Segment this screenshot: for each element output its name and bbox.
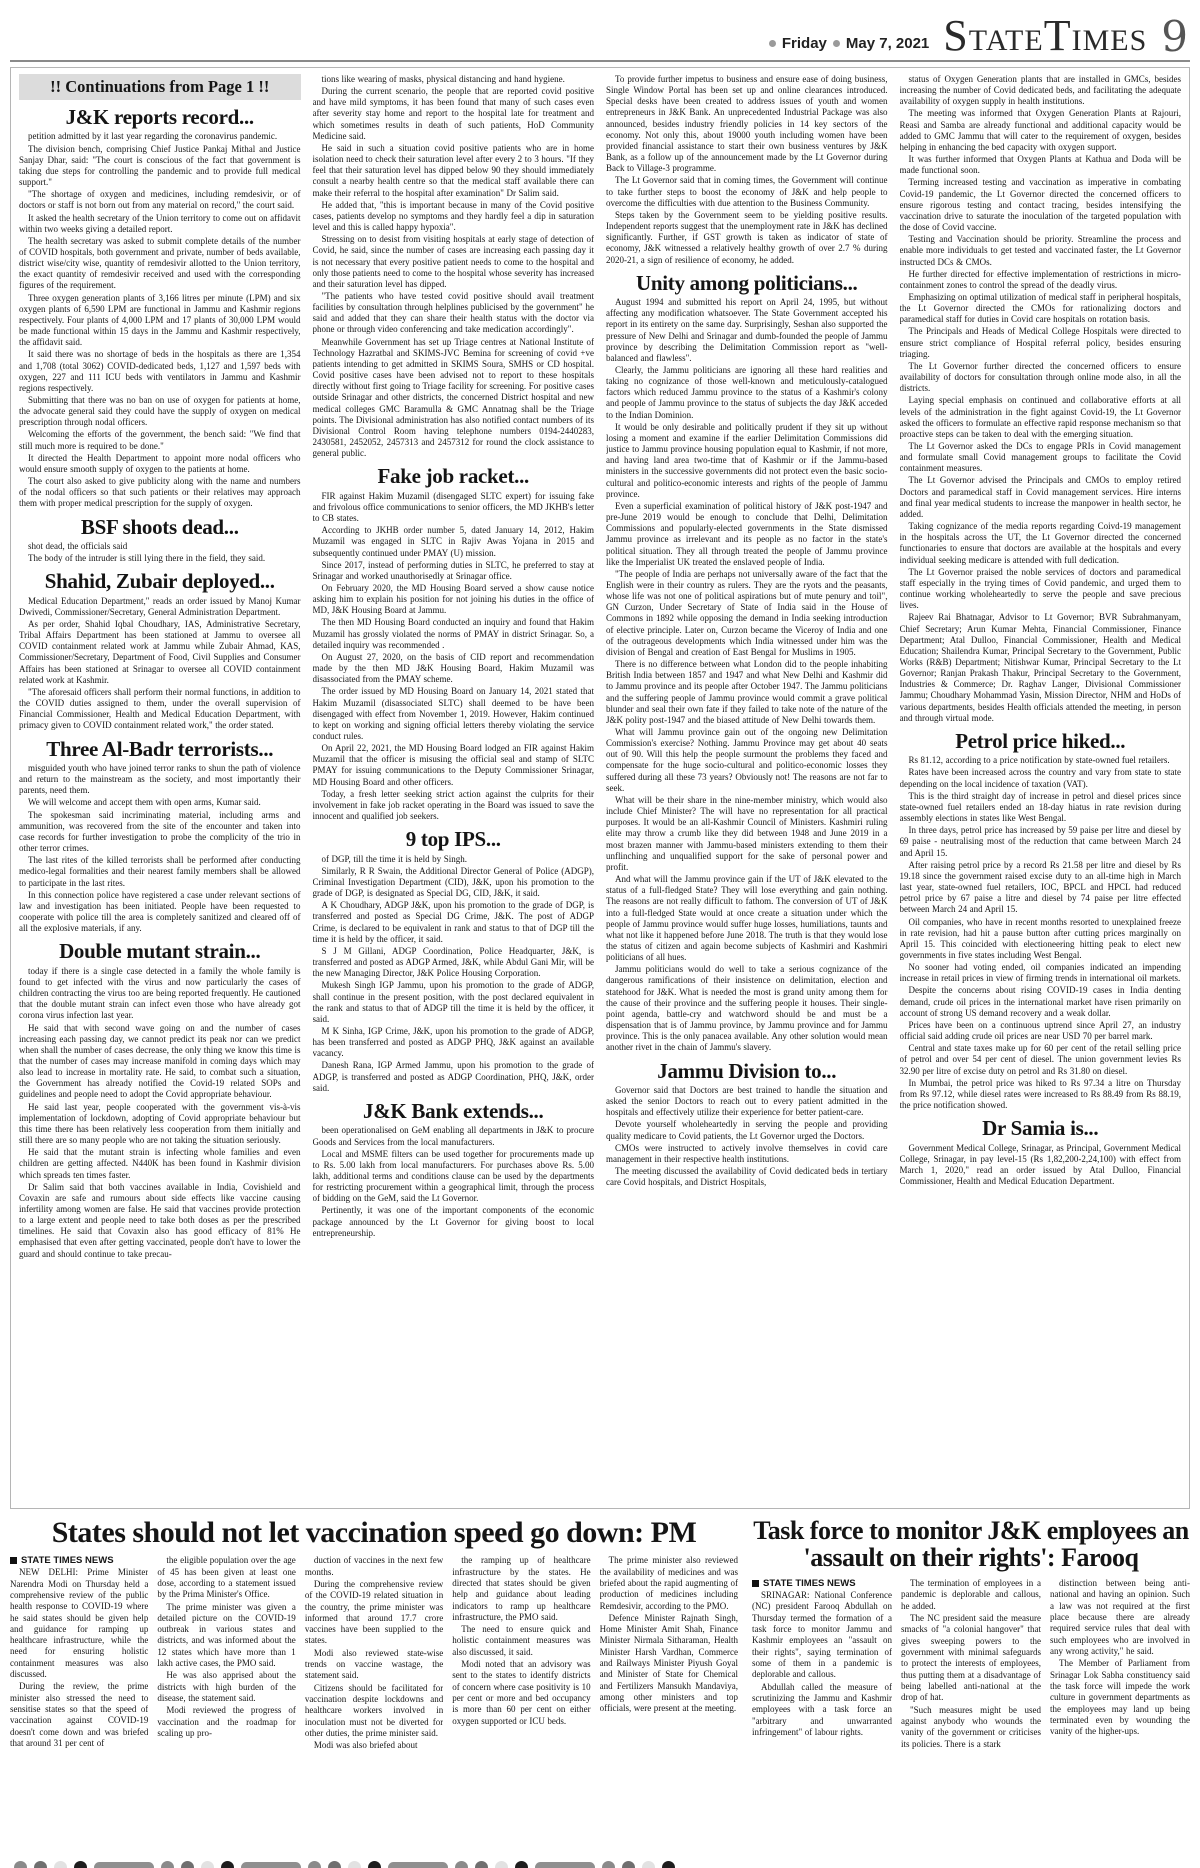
article-paragraph: Modi reviewed the progress of vaccinatio… <box>157 1705 295 1739</box>
news-column: To provide further impetus to business a… <box>606 74 888 1502</box>
footer-dot-icon <box>602 1861 615 1868</box>
article-headline: Jammu Division to... <box>606 1061 888 1082</box>
news-column: status of Oxygen Generation plants that … <box>900 74 1182 1502</box>
footer-decoration <box>10 1859 1190 1868</box>
footer-dot-icon <box>495 1861 508 1868</box>
article-paragraph: He added that, "this is important becaus… <box>313 200 595 233</box>
byline-text: STATE TIMES NEWS <box>21 1555 114 1566</box>
article-paragraph: Steps taken by the Government seem to be… <box>606 210 888 266</box>
article-paragraph: In this connection police have registere… <box>19 890 301 935</box>
article-paragraph: distinction between being anti-national … <box>1050 1578 1190 1657</box>
article-paragraph: Rajeev Rai Bhatnagar, Advisor to Lt Gove… <box>900 612 1182 724</box>
article-headline: BSF shoots dead... <box>19 517 301 538</box>
article-paragraph: CMOs were instructed to actively involve… <box>606 1143 888 1165</box>
article-paragraph: Today, a fresh letter seeking strict act… <box>313 789 595 822</box>
article-paragraph: We will welcome and accept them with ope… <box>19 797 301 808</box>
article-paragraph: SRINAGAR: National Conference (NC) presi… <box>752 1590 892 1681</box>
article-paragraph: Central and state taxes make up for 60 p… <box>900 1043 1182 1076</box>
article-paragraph: In Mumbai, the petrol price was hiked to… <box>900 1078 1182 1111</box>
article-paragraph: Modi was also briefed about <box>305 1740 443 1751</box>
article-paragraph: On February 2020, the MD Housing Board s… <box>313 583 595 616</box>
news-column: The prime minister also reviewed the ava… <box>600 1555 738 1753</box>
article-paragraph: It directed the Health Department to app… <box>19 453 301 475</box>
article-paragraph: been operationalised on GeM enabling all… <box>313 1125 595 1147</box>
article-paragraph: August 1994 and submitted his report on … <box>606 297 888 364</box>
article-paragraph: Taking cognizance of the media reports r… <box>900 521 1182 566</box>
footer-dot-icon <box>34 1861 47 1868</box>
article-paragraph: The spokesman said incriminating materia… <box>19 810 301 855</box>
article-paragraph: He said last year, people cooperated wit… <box>19 1102 301 1147</box>
article-paragraph: After raising petrol price by a record R… <box>900 860 1182 916</box>
article-headline: 9 top IPS... <box>313 829 595 850</box>
article-headline: Shahid, Zubair deployed... <box>19 571 301 592</box>
footer-dot-icon <box>515 1861 528 1868</box>
page-number: 9 <box>1161 16 1188 58</box>
article-headline: Task force to monitor J&K employees an '… <box>752 1517 1190 1571</box>
byline-text: STATE TIMES NEWS <box>763 1578 856 1589</box>
article-paragraph: The division bench, comprising Chief Jus… <box>19 144 301 189</box>
article-paragraph: Meanwhile Government has set up Triage c… <box>313 337 595 460</box>
article-paragraph: Submitting that there was no ban on use … <box>19 395 301 428</box>
masthead-title: STATETIMES <box>943 14 1147 58</box>
footer-dot-icon <box>662 1861 675 1868</box>
bullet-icon <box>769 40 776 47</box>
article-paragraph: He said that with second wave going on a… <box>19 1023 301 1101</box>
article-paragraph: The Lt Governor praised the noble servic… <box>900 567 1182 612</box>
article-paragraph: Three oxygen generation plants of 3,166 … <box>19 293 301 349</box>
article-paragraph: Emphasizing on optimal utilization of me… <box>900 292 1182 325</box>
article-paragraph: On August 27, 2020, on the basis of CID … <box>313 652 595 685</box>
bullet-icon <box>833 40 840 47</box>
byline: STATE TIMES NEWS <box>752 1578 892 1589</box>
article-paragraph: During the review, the prime minister al… <box>10 1681 148 1749</box>
article-headline: Fake job racket... <box>313 466 595 487</box>
article-paragraph: The order issued by MD Housing Board on … <box>313 686 595 742</box>
article-paragraph: As per order, Shahid Iqbal Choudhary, IA… <box>19 619 301 686</box>
article-paragraph: NEW DELHI: Prime Minister Narendra Modi … <box>10 1567 148 1680</box>
article-paragraph: the eligible population over the age of … <box>157 1555 295 1600</box>
article-headline: J&K Bank extends... <box>313 1101 595 1122</box>
footer-dot-icon <box>368 1861 381 1868</box>
article-paragraph: Similarly, R R Swain, the Additional Dir… <box>313 866 595 899</box>
footer-dot-icon <box>455 1861 468 1868</box>
article-paragraph: During the comprehensive review of the C… <box>305 1579 443 1647</box>
article-headline: J&K reports record... <box>19 107 301 128</box>
byline: STATE TIMES NEWS <box>10 1555 148 1566</box>
article-paragraph: duction of vaccines in the next few mont… <box>305 1555 443 1578</box>
article-paragraph: Dr Salim said that both vaccines availab… <box>19 1182 301 1260</box>
article-paragraph: What will Jammu province gain out of the… <box>606 727 888 794</box>
article-paragraph: He further directed for effective implem… <box>900 269 1182 291</box>
footer-dot-icon <box>161 1861 174 1868</box>
article-paragraph: The Member of Parliament from Srinagar L… <box>1050 1658 1190 1737</box>
article-paragraph: S J M Gillani, ADGP Coordination, Police… <box>313 946 595 979</box>
article-paragraph: Despite the concerns about rising COVID-… <box>900 985 1182 1018</box>
article-headline: Petrol price hiked... <box>900 731 1182 752</box>
footer-dot-icon <box>622 1861 635 1868</box>
article-paragraph: The prime minister also reviewed the ava… <box>600 1555 738 1612</box>
article-paragraph: In three days, petrol price has increase… <box>900 825 1182 858</box>
article-paragraph: The NC president said the measure smacks… <box>901 1613 1041 1704</box>
article-paragraph: The Lt Governor asked the DCs to engage … <box>900 441 1182 474</box>
article-paragraph: The meeting discussed the availability o… <box>606 1166 888 1188</box>
article-paragraph: Devote yourself wholeheartedly in servin… <box>606 1119 888 1141</box>
article-headline: Unity among politicians... <box>606 273 888 294</box>
article-paragraph: "Such measures might be used against any… <box>901 1705 1041 1750</box>
article-paragraph: Laying special emphasis on continued and… <box>900 395 1182 440</box>
article-body: STATE TIMES NEWSSRINAGAR: National Confe… <box>752 1578 1190 1751</box>
article-paragraph: A K Choudhary, ADGP J&K, upon his promot… <box>313 900 595 945</box>
footer-dot-icon <box>328 1861 341 1868</box>
news-column: duction of vaccines in the next few mont… <box>305 1555 443 1753</box>
article-paragraph: Even a superficial examination of politi… <box>606 501 888 568</box>
article-paragraph: Modi noted that an advisory was sent to … <box>452 1659 590 1727</box>
article-paragraph: The then MD Housing Board conducted an i… <box>313 617 595 650</box>
article-paragraph: During the current scenario, the people … <box>313 86 595 142</box>
newspaper-page: Friday May 7, 2021 STATETIMES 9 !! Conti… <box>0 0 1200 1868</box>
article-headline: Dr Samia is... <box>900 1118 1182 1139</box>
news-column: tions like wearing of masks, physical di… <box>313 74 595 1502</box>
news-column: STATE TIMES NEWSSRINAGAR: National Confe… <box>752 1578 892 1751</box>
footer-bar <box>241 1862 301 1868</box>
article-paragraph: Modi also reviewed state-wise trends on … <box>305 1648 443 1682</box>
article-paragraph: The prime minister was given a detailed … <box>157 1602 295 1670</box>
article-paragraph: To provide further impetus to business a… <box>606 74 888 174</box>
article-paragraph: The Lt Governor further directed the con… <box>900 361 1182 394</box>
byline-square-icon <box>10 1557 17 1564</box>
article-paragraph: This is the third straight day of increa… <box>900 791 1182 824</box>
article-paragraph: the ramping up of healthcare infrastruct… <box>452 1555 590 1623</box>
article-paragraph: "The patients who have tested covid posi… <box>313 291 595 336</box>
article-paragraph: Rs 81.12, according to a price notificat… <box>900 755 1182 766</box>
article-paragraph: Citizens should be facilitated for vacci… <box>305 1683 443 1740</box>
article-paragraph: Defence Minister Rajnath Singh, Home Min… <box>600 1613 738 1715</box>
article-paragraph: of DGP, till the time it is held by Sing… <box>313 854 595 865</box>
article-paragraph: On April 22, 2021, the MD Housing Board … <box>313 743 595 788</box>
footer-dot-icon <box>54 1861 67 1868</box>
date-text: May 7, 2021 <box>846 35 929 52</box>
article-paragraph: It would be only desirable and political… <box>606 422 888 500</box>
article-paragraph: Oil companies, who have in recent months… <box>900 917 1182 962</box>
article-paragraph: Jammu politicians would do well to take … <box>606 964 888 1053</box>
article-paragraph: He said that the mutant strain is infect… <box>19 1147 301 1180</box>
article-paragraph: Testing and Vaccination should be priori… <box>900 234 1182 267</box>
continuations-banner: !! Continuations from Page 1 !! <box>19 74 301 100</box>
article-paragraph: What will be their share in the nine-mem… <box>606 795 888 873</box>
article-paragraph: The termination of employees in a pandem… <box>901 1578 1041 1612</box>
continuations-section: !! Continuations from Page 1 !!J&K repor… <box>10 67 1190 1509</box>
article-paragraph: Clearly, the Jammu politicians are ignor… <box>606 365 888 421</box>
date-day: Friday <box>782 35 827 52</box>
article-farooq-taskforce: Task force to monitor J&K employees an '… <box>752 1517 1190 1849</box>
article-paragraph: Welcoming the efforts of the government,… <box>19 429 301 451</box>
news-column: the ramping up of healthcare infrastruct… <box>452 1555 590 1753</box>
article-paragraph: The need to ensure quick and holistic co… <box>452 1624 590 1658</box>
article-paragraph: status of Oxygen Generation plants that … <box>900 74 1182 107</box>
article-paragraph: It asked the health secretary of the Uni… <box>19 213 301 235</box>
footer-dot-icon <box>308 1861 321 1868</box>
article-paragraph: shot dead, the officials said <box>19 541 301 552</box>
article-paragraph: petition admitted by it last year regard… <box>19 131 301 142</box>
article-headline: States should not let vaccination speed … <box>10 1517 738 1548</box>
article-paragraph: The last rites of the killed terrorists … <box>19 855 301 888</box>
article-paragraph: No sooner had voting ended, oil companie… <box>900 962 1182 984</box>
page-header: Friday May 7, 2021 STATETIMES 9 <box>10 0 1190 62</box>
article-paragraph: And what will the Jammu province gain if… <box>606 874 888 963</box>
article-paragraph: The Principals and Heads of Medical Coll… <box>900 326 1182 359</box>
article-paragraph: Medical Education Department," reads an … <box>19 596 301 618</box>
article-paragraph: today if there is a single case detected… <box>19 966 301 1022</box>
article-paragraph: Pertinently, it was one of the important… <box>313 1205 595 1238</box>
news-column: The termination of employees in a pandem… <box>901 1578 1041 1751</box>
article-paragraph: The Lt Governor advised the Principals a… <box>900 475 1182 520</box>
news-column: the eligible population over the age of … <box>157 1555 295 1753</box>
footer-bar <box>388 1862 448 1868</box>
article-paragraph: Abdullah called the measure of scrutiniz… <box>752 1682 892 1739</box>
article-paragraph: "The shortage of oxygen and medicines, i… <box>19 189 301 211</box>
article-paragraph: M K Sinha, IGP Crime, J&K, upon his prom… <box>313 1026 595 1059</box>
article-paragraph: "The people of India are perhaps not uni… <box>606 569 888 658</box>
article-paragraph: He said in such a situation covid positi… <box>313 143 595 199</box>
article-paragraph: The meeting was informed that Oxygen Gen… <box>900 108 1182 153</box>
article-paragraph: The health secretary was asked to submit… <box>19 236 301 292</box>
byline-square-icon <box>752 1580 759 1587</box>
article-paragraph: Governor said that Doctors are best trai… <box>606 1085 888 1118</box>
footer-dot-icon <box>221 1861 234 1868</box>
article-paragraph: He was also apprised about the districts… <box>157 1670 295 1704</box>
article-paragraph: Stressing on to desist from visiting hos… <box>313 234 595 290</box>
article-paragraph: It was further informed that Oxygen Plan… <box>900 154 1182 176</box>
news-column: !! Continuations from Page 1 !!J&K repor… <box>19 74 301 1502</box>
article-paragraph: misguided youth who have joined terror r… <box>19 763 301 796</box>
article-paragraph: There is no difference between what Lond… <box>606 659 888 726</box>
article-paragraph: It said there was no shortage of beds in… <box>19 349 301 394</box>
footer-dot-icon <box>181 1861 194 1868</box>
article-paragraph: Since 2017, instead of performing duties… <box>313 560 595 582</box>
article-pm-vaccination: States should not let vaccination speed … <box>10 1517 738 1849</box>
article-paragraph: Local and MSME filters can be used toget… <box>313 1149 595 1205</box>
footer-dot-icon <box>348 1861 361 1868</box>
footer-dot-icon <box>74 1861 87 1868</box>
article-paragraph: tions like wearing of masks, physical di… <box>313 74 595 85</box>
article-paragraph: Prices have been on a continuous uptrend… <box>900 1020 1182 1042</box>
footer-bar <box>94 1862 154 1868</box>
footer-dot-icon <box>642 1861 655 1868</box>
article-body: STATE TIMES NEWSNEW DELHI: Prime Ministe… <box>10 1555 738 1753</box>
article-paragraph: Danesh Rana, IGP Armed Jammu, upon his p… <box>313 1060 595 1093</box>
footer-dot-icon <box>475 1861 488 1868</box>
article-paragraph: Mukesh Singh IGP Jammu, upon his promoti… <box>313 980 595 1025</box>
article-headline: Three Al-Badr terrorists... <box>19 739 301 760</box>
article-paragraph: "The aforesaid officers shall perform th… <box>19 687 301 732</box>
article-paragraph: Government Medical College, Srinagar, as… <box>900 1143 1182 1188</box>
footer-dot-icon <box>14 1861 27 1868</box>
article-paragraph: According to JKHB order number 5, dated … <box>313 525 595 558</box>
news-column: distinction between being anti-national … <box>1050 1578 1190 1751</box>
article-paragraph: Terming increased testing and vaccinatio… <box>900 177 1182 233</box>
article-headline: Double mutant strain... <box>19 941 301 962</box>
footer-dot-icon <box>201 1861 214 1868</box>
news-column: STATE TIMES NEWSNEW DELHI: Prime Ministe… <box>10 1555 148 1753</box>
date-line: Friday May 7, 2021 <box>769 35 929 58</box>
article-paragraph: FIR against Hakim Muzamil (disengaged SL… <box>313 491 595 524</box>
article-paragraph: The court also asked to give publicity a… <box>19 476 301 509</box>
article-paragraph: The body of the intruder is still lying … <box>19 553 301 564</box>
footer-bar <box>535 1862 595 1868</box>
bottom-section: States should not let vaccination speed … <box>10 1517 1190 1849</box>
article-paragraph: Rates have been increased across the cou… <box>900 767 1182 789</box>
article-paragraph: The Lt Governor said that in coming time… <box>606 175 888 208</box>
